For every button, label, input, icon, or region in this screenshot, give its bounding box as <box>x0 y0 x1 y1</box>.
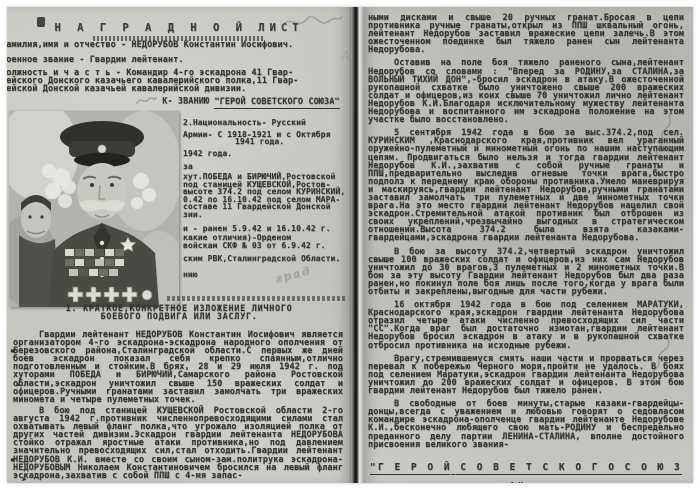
section-heading-line2: БОЕВОГО ПОДВИГА ИЛИ ЗАСЛУГ. <box>7 313 351 321</box>
field-line: Фамилия,имя и отчество - НЕДОРУБОВ Конст… <box>7 41 351 49</box>
rank-line: К- ЗВАНИЮ "ГЕРОЙ СОВЕТСКОГО СОЮЗА" <box>135 95 340 107</box>
margin-mark: ➤ <box>20 474 28 483</box>
body-paragraph: В бою за высоту 374.2,четвертый эскадрон… <box>368 248 684 297</box>
field-line: дейской Донской казачьей кавалерийской д… <box>7 85 351 93</box>
handwritten-mark <box>135 95 157 107</box>
page-title-text: Н А Г Р А Д Н О Й ЛИСТ <box>54 22 303 34</box>
margin-mark: ▪ <box>10 455 15 464</box>
final-title-text: "Г Е Р О Й С О В Е Т С К О Г О С О Ю З А… <box>370 462 682 483</box>
handwritten-flourish <box>279 11 345 35</box>
form-info-column: 2.Национальность- Русский Армии- С 1918-… <box>183 119 349 279</box>
page-right: ными дисками и свыше 20 ручных гранат.Бр… <box>363 7 693 483</box>
info-line: ским РВК,Сталинградской Области. <box>183 255 349 263</box>
portrait-photo-art <box>9 111 179 307</box>
portrait-photo <box>9 111 179 307</box>
info-line: составе 11 Гвардейской Донской <box>183 203 349 211</box>
info-line: за <box>183 163 349 171</box>
info-line: нию <box>183 271 349 279</box>
field-line: Военное звание - Гвардии лейтенант. <box>7 56 351 64</box>
info-line: 2.Национальность- Русский <box>183 119 349 127</box>
info-line: и - ранен 5.9.42 и 16.10.42 г. <box>183 225 349 233</box>
page-gutter <box>349 7 363 483</box>
body-paragraph: ными дисками и свыше 20 ручных гранат.Бр… <box>368 14 684 54</box>
margin-mark: ▪ <box>10 346 15 355</box>
section-divider <box>167 296 347 301</box>
rank-title: "ГЕРОЙ СОВЕТСКОГО СОЮЗА" <box>214 97 339 109</box>
body-paragraph: 16 октября 1942 года в бою под селением … <box>368 301 684 350</box>
body-paragraph: В бою под станицей КУЩЕВСКОЙ Ростовской … <box>13 407 343 480</box>
info-line: 1942 года. <box>183 150 349 158</box>
scanned-document: Н А Г Р А Д Н О Й ЛИСТ Фамилия,имя и отч… <box>7 7 693 483</box>
info-line: 1941 года. <box>235 138 349 146</box>
page-left: Н А Г Р А Д Н О Й ЛИСТ Фамилия,имя и отч… <box>7 7 351 483</box>
final-title: "Г Е Р О Й С О В Е Т С К О Г О С О Ю З А… <box>368 455 684 483</box>
ink-blot <box>37 17 45 27</box>
margin-mark: ➤ <box>16 381 21 391</box>
info-line: войскам СКФ № 03 от 6.9.42 г. <box>183 242 349 250</box>
body-paragraph: В свободные от боев минуты,старые казаки… <box>368 400 684 449</box>
body-paragraph: Оставив на поле боя тяжело раненого сына… <box>368 59 684 124</box>
form-fields: Фамилия,имя и отчество - НЕДОРУБОВ Конст… <box>7 41 351 93</box>
body-paragraph: Гвардии лейтенант НЕДОРУБОВ Константин И… <box>13 331 343 404</box>
section-heading: 1. КРАТКОЕ,КОНКРЕТНОЕ ИЗЛОЖЕНИЕ ЛИЧНОГО … <box>7 305 351 321</box>
stamp: град <box>275 267 313 284</box>
body-paragraph: Врагу,стремившемуся смять наши части и п… <box>368 355 684 395</box>
info-line: зии. <box>183 211 349 219</box>
body-paragraph: 5 сентября 1942 года в бою за выс.374.2,… <box>368 129 684 242</box>
rank-prefix: К- ЗВАНИЮ <box>162 97 209 107</box>
